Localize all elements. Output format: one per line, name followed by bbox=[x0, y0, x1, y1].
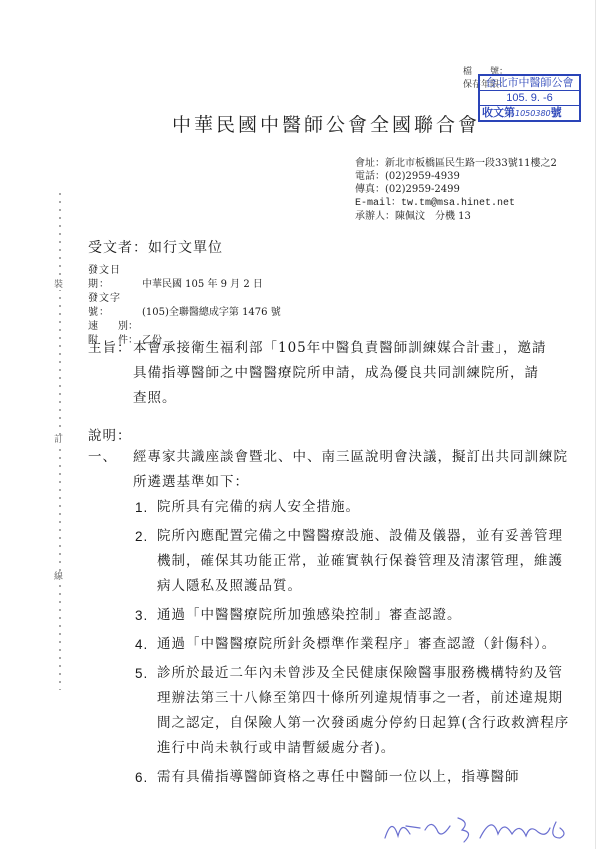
handwritten-signature bbox=[380, 808, 580, 848]
subject-section: 主旨： 本會承接衛生福利部「105年中醫負責醫師訓練媒合計畫」，邀請具備指導醫師… bbox=[88, 336, 558, 411]
binding-mark-zhuang: 裝 bbox=[54, 280, 63, 290]
criteria-text: 院所具有完備的病人安全措施。 bbox=[157, 499, 360, 515]
meta-label: 速 別： bbox=[88, 320, 142, 334]
criteria-list: 1.院所具有完備的病人安全措施。 2.院所內應配置完備之中醫醫療設施、設備及儀器… bbox=[135, 495, 575, 794]
contact-label: E-mail： bbox=[355, 197, 401, 210]
binding-mark-ding: 訂 bbox=[54, 435, 63, 445]
criteria-text: 通過「中醫醫療院所針灸標準作業程序」審查認證（針傷科）。 bbox=[157, 636, 556, 652]
meta-label: 發文日期： bbox=[88, 264, 142, 292]
recipient-label: 受文者： bbox=[88, 240, 148, 256]
criteria-item: 5.診所於最近二年內未曾涉及全民健康保險醫事服務機構特約及管理辦法第三十八條至第… bbox=[135, 661, 575, 761]
contact-value: 新北市板橋區民生路一段33號11樓之2 bbox=[385, 157, 557, 170]
subject-label: 主旨： bbox=[88, 336, 132, 361]
contact-address: 會址：新北市板橋區民生路一段33號11樓之2 bbox=[355, 157, 557, 170]
criteria-number: 3. bbox=[135, 603, 148, 628]
explanation-item-number: 一、 bbox=[88, 445, 117, 470]
stamp-receipt-value: 1050380 bbox=[515, 109, 551, 118]
stamp-date: 105. 9. -6 bbox=[480, 91, 579, 106]
contact-block: 會址：新北市板橋區民生路一段33號11樓之2 電話：(02)2959-4939 … bbox=[355, 157, 557, 223]
criteria-number: 5. bbox=[135, 661, 148, 686]
document-title: 中華民國中醫師公會全國聯合會 bbox=[172, 110, 480, 137]
stamp-org: 台北市中醫師公會 bbox=[480, 76, 579, 91]
criteria-number: 1. bbox=[135, 495, 148, 520]
email-link[interactable]: tw.tm@msa.hinet.net bbox=[401, 197, 515, 210]
stamp-receipt-prefix: 收文第 bbox=[482, 106, 515, 119]
contact-value: 陳佩汶 分機 13 bbox=[395, 210, 471, 223]
binding-mark-xian: 線 bbox=[54, 572, 63, 582]
criteria-item: 1.院所具有完備的病人安全措施。 bbox=[135, 495, 575, 520]
explanation-item: 一、 經專家共識座談會暨北、中、南三區說明會決議，擬訂出共同訓練院所遴選基準如下… bbox=[88, 445, 568, 495]
criteria-text: 院所內應配置完備之中醫醫療設施、設備及儀器，並有妥善管理機制，確保其功能正常，並… bbox=[157, 528, 563, 594]
criteria-number: 6. bbox=[135, 765, 148, 790]
meta-priority: 速 別： bbox=[88, 320, 281, 334]
contact-label: 會址： bbox=[355, 157, 385, 170]
meta-value: 中華民國 105 年 9 月 2 日 bbox=[142, 279, 263, 290]
criteria-item: 4.通過「中醫醫療院所針灸標準作業程序」審查認證（針傷科）。 bbox=[135, 632, 575, 657]
contact-value: (02)2959-2499 bbox=[385, 183, 460, 196]
contact-label: 承辦人： bbox=[355, 210, 395, 223]
contact-value: (02)2959-4939 bbox=[385, 170, 460, 183]
contact-phone: 電話：(02)2959-4939 bbox=[355, 170, 557, 183]
subject-text: 本會承接衛生福利部「105年中醫負責醫師訓練媒合計畫」，邀請具備指導醫師之中醫醫… bbox=[133, 336, 558, 411]
contact-fax: 傳真：(02)2959-2499 bbox=[355, 183, 557, 196]
stamp-receipt-number: 收文第1050380號 bbox=[480, 106, 579, 120]
criteria-text: 需有具備指導醫師資格之專任中醫師一位以上，指導醫師 bbox=[157, 769, 520, 785]
meta-value: (105)全聯醫總成字第 1476 號 bbox=[142, 307, 281, 318]
meta-label: 發文字號： bbox=[88, 292, 142, 320]
receipt-stamp: 台北市中醫師公會 105. 9. -6 收文第1050380號 bbox=[478, 74, 581, 122]
page-edge bbox=[595, 0, 596, 849]
contact-email: E-mail：tw.tm@msa.hinet.net bbox=[355, 196, 557, 210]
recipient-value: 如行文單位 bbox=[148, 240, 223, 256]
recipient: 受文者：如行文單位 bbox=[88, 237, 223, 257]
contact-handler: 承辦人：陳佩汶 分機 13 bbox=[355, 210, 557, 223]
meta-issue-date: 發文日期：中華民國 105 年 9 月 2 日 bbox=[88, 264, 281, 292]
criteria-item: 6.需有具備指導醫師資格之專任中醫師一位以上，指導醫師 bbox=[135, 765, 575, 790]
criteria-number: 2. bbox=[135, 524, 148, 549]
contact-label: 傳真： bbox=[355, 183, 385, 196]
criteria-number: 4. bbox=[135, 632, 148, 657]
criteria-item: 2.院所內應配置完備之中醫醫療設施、設備及儀器，並有妥善管理機制，確保其功能正常… bbox=[135, 524, 575, 599]
meta-reference-number: 發文字號：(105)全聯醫總成字第 1476 號 bbox=[88, 292, 281, 320]
stamp-receipt-suffix: 號 bbox=[551, 106, 562, 119]
explanation-item-text: 經專家共識座談會暨北、中、南三區說明會決議，擬訂出共同訓練院所遴選基準如下： bbox=[133, 445, 568, 495]
contact-label: 電話： bbox=[355, 170, 385, 183]
criteria-item: 3.通過「中醫醫療院所加強感染控制」審查認證。 bbox=[135, 603, 575, 628]
binding-line: 裝 訂 線 bbox=[56, 190, 66, 690]
criteria-text: 通過「中醫醫療院所加強感染控制」審查認證。 bbox=[157, 607, 462, 623]
explanation-label: 說明： bbox=[88, 424, 132, 444]
criteria-text: 診所於最近二年內未曾涉及全民健康保險醫事服務機構特約及管理辦法第三十八條至第四十… bbox=[157, 665, 569, 756]
